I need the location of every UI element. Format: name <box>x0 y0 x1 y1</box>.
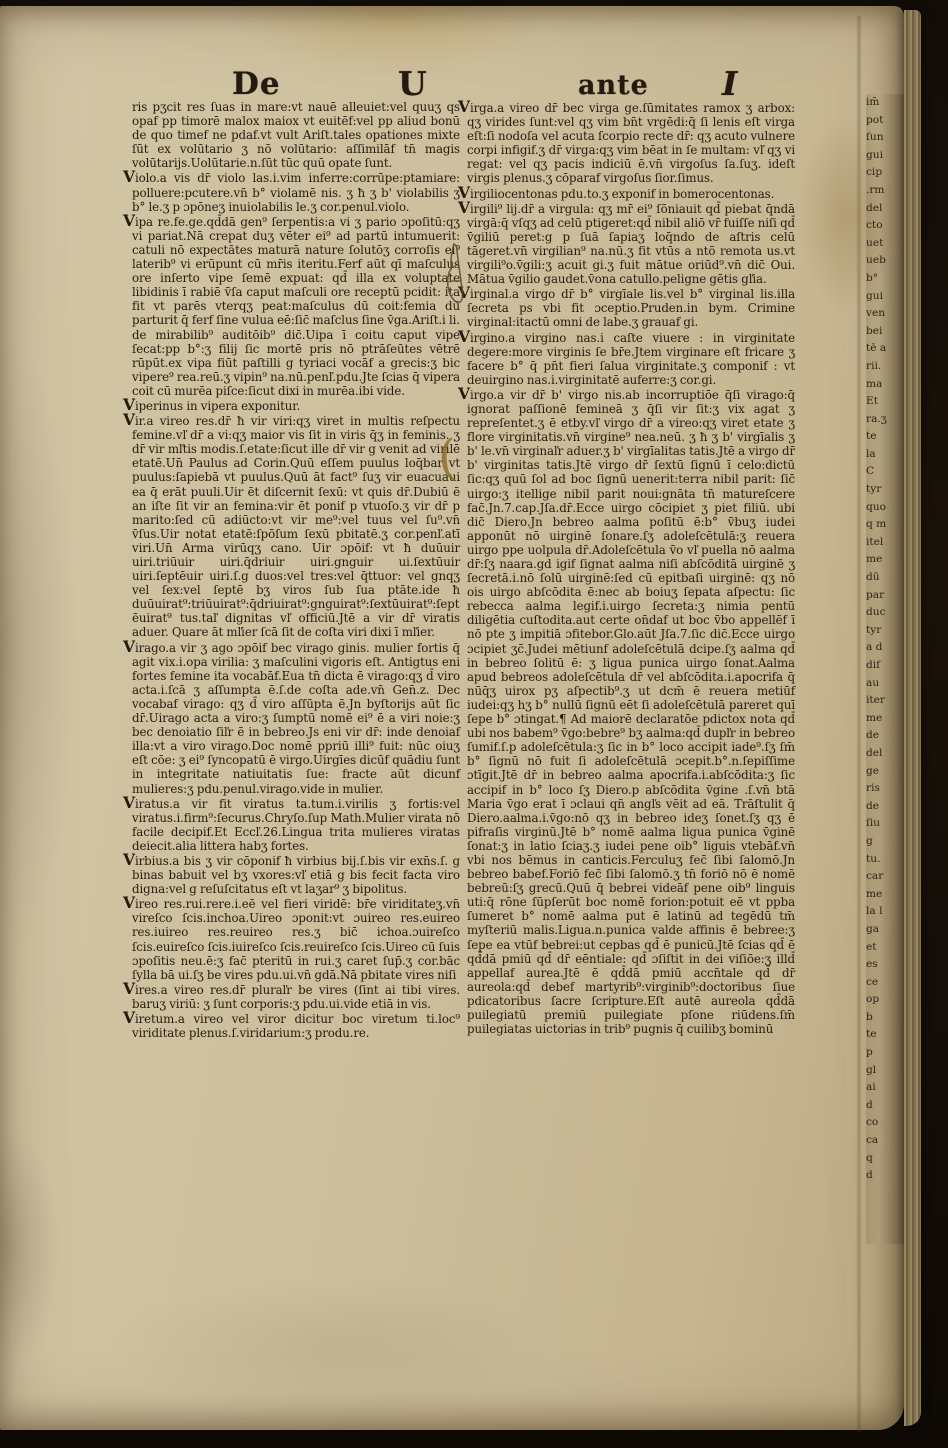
fore-edge-fragment: es <box>866 956 904 974</box>
fore-edge-fragment: itel <box>866 534 904 552</box>
fore-edge-fragment: ueb <box>866 252 904 270</box>
dictionary-entry: Virgili⁹ lij.dr̄ a virgula: qʒ mr̄ ei⁹ ſ… <box>458 201 795 287</box>
fore-edge-fragment: q m <box>866 516 904 534</box>
fore-edge-fragment: ga <box>866 921 904 939</box>
fore-edge-fragment: Et <box>866 393 904 411</box>
fore-edge-fragment: ris <box>866 780 904 798</box>
fore-edge-fragment: et <box>866 939 904 957</box>
fore-edge-fragment: la <box>866 446 904 464</box>
fore-edge-fragment: .rm <box>866 182 904 200</box>
fore-edge-fragment: me <box>866 886 904 904</box>
dictionary-entry: Virga.a vireo dr̄ bec virga ge.ſūmitates… <box>458 100 795 186</box>
fore-edge-fragment: te <box>866 1026 904 1044</box>
running-head-de: De <box>232 66 281 102</box>
dictionary-entry: Virginal.a virgo dr̄ b° virgīale lis.vel… <box>458 286 795 329</box>
fore-edge-fragment: tyr <box>866 481 904 499</box>
fore-edge-fragment: ma <box>866 376 904 394</box>
fore-edge-fragment: de <box>866 798 904 816</box>
dictionary-entry: Virago.a vir ʒ ago ɔpōif bec virago gini… <box>123 640 460 796</box>
dictionary-entry: Vires.a vireo res.dr̄ pluraľr be vires (… <box>123 982 460 1011</box>
running-head-letter-u: U <box>398 64 428 103</box>
fore-edge-fragment: dif <box>866 657 904 675</box>
dictionary-entry: Vireo res.rui.rere.i.eē vel fieri viridē… <box>123 896 460 982</box>
dictionary-entry: Vir.a vireo res.dr̄ ħ vir viri:qʒ viret … <box>123 413 460 640</box>
fore-edge-fragment: d <box>866 1097 904 1115</box>
fore-edge-fragment: duc <box>866 604 904 622</box>
text-column-right: Virga.a vireo dr̄ bec virga ge.ſūmitates… <box>458 100 795 1036</box>
dictionary-entry: Violo.a vis dr̄ violo las.i.vim inferre:… <box>123 170 460 213</box>
fore-edge-fragment: ca <box>866 1132 904 1150</box>
left-entries: Violo.a vis dr̄ violo las.i.vim inferre:… <box>123 170 460 1040</box>
fore-edge-fragment: gui <box>866 288 904 306</box>
fore-edge-fragment: del <box>866 745 904 763</box>
fore-edge-fragment: tē a <box>866 340 904 358</box>
dictionary-entry: Virgino.a virgino nas.i caſte viuere : i… <box>458 330 795 387</box>
fore-edge-fragment: g <box>866 833 904 851</box>
dictionary-entry: Virgo.a vir dr̄ b' virgo nis.ab incorrup… <box>458 387 795 1036</box>
dictionary-entry: Viperinus in vipera exponitur. <box>123 398 460 413</box>
fore-edge-fragment: bei <box>866 323 904 341</box>
fore-edge-fragment: tu. <box>866 851 904 869</box>
fore-edge-fragment: me <box>866 710 904 728</box>
fore-edge-fragment: car <box>866 868 904 886</box>
fore-edge-fragments: im̄potſunguicip.rmdelctouetuebb°guivenbe… <box>866 94 904 1244</box>
fore-edge-fragment: op <box>866 991 904 1009</box>
fore-edge-fragment: pot <box>866 112 904 130</box>
fore-edge-fragment: quo <box>866 499 904 517</box>
fore-edge-fragment: co <box>866 1114 904 1132</box>
page-edges <box>904 10 921 1426</box>
fore-edge-fragment: b° <box>866 270 904 288</box>
fore-edge-fragment: ai <box>866 1079 904 1097</box>
fore-edge-fragment: au <box>866 675 904 693</box>
fore-edge-fragment: a d <box>866 639 904 657</box>
fore-edge-fragment: del <box>866 200 904 218</box>
fore-edge-fragment: iter <box>866 692 904 710</box>
running-head-letter-i: I <box>722 64 738 103</box>
scanned-book-page: De U ante I ris pʒcit res ſuas in mare:v… <box>0 0 948 1448</box>
fore-edge-fragment: q <box>866 1150 904 1168</box>
fore-edge-fragment: ra.ʒ <box>866 411 904 429</box>
running-head-ante: ante <box>578 70 649 101</box>
dictionary-entry: Viratus.a vir fit viratus ta.tum.i.viril… <box>123 796 460 853</box>
page-paper: De U ante I ris pʒcit res ſuas in mare:v… <box>0 6 904 1430</box>
fore-edge-fragment: p <box>866 1044 904 1062</box>
fore-edge-fragment: ſun <box>866 129 904 147</box>
manicule-icon <box>441 242 465 312</box>
dictionary-entry: Vipa re.fe.ge.qd̄dā gen⁹ ſerpentis:a vi … <box>123 214 460 398</box>
fore-edge-fragment: tyr <box>866 622 904 640</box>
right-entries: Virga.a vireo dr̄ bec virga ge.ſūmitates… <box>458 100 795 1036</box>
fore-edge-fragment: C <box>866 463 904 481</box>
fore-edge-fragment: rii. <box>866 358 904 376</box>
text-column-left: ris pʒcit res ſuas in mare:vt nauē alleu… <box>123 100 460 1040</box>
fore-edge-fragment: me <box>866 551 904 569</box>
fore-edge-fragment: b <box>866 1009 904 1027</box>
fore-edge-fragment: cip <box>866 164 904 182</box>
ink-parenthesis-mark: ( <box>436 429 459 486</box>
fore-edge-fragment: cto <box>866 217 904 235</box>
fore-edge-fragment: dū <box>866 569 904 587</box>
fore-edge-fragment: de <box>866 727 904 745</box>
fore-edge-fragment: im̄ <box>866 94 904 112</box>
fore-edge-fragment: par <box>866 587 904 605</box>
fore-edge-fragment: gl <box>866 1062 904 1080</box>
fore-edge-fragment: d <box>866 1167 904 1185</box>
dictionary-entry: Virbius.a bis ʒ vir cōponif ħ virbius bi… <box>123 853 460 896</box>
fore-edge-fragment: ge <box>866 763 904 781</box>
fore-edge-fragment: ſiu <box>866 815 904 833</box>
fore-edge-fragment: te <box>866 428 904 446</box>
fore-edge-fragment: uet <box>866 235 904 253</box>
fore-edge-fragment: ven <box>866 305 904 323</box>
fore-edge-fragment: gui <box>866 147 904 165</box>
continuation-paragraph: ris pʒcit res ſuas in mare:vt nauē alleu… <box>123 100 460 170</box>
dictionary-entry: Virgiliocentonas pdu.to.ʒ exponif in bom… <box>458 186 795 201</box>
fore-edge-fragment: la l <box>866 903 904 921</box>
fore-edge-fragment: ce <box>866 974 904 992</box>
dictionary-entry: Viretum.a vireo vel viror dicitur boc vi… <box>123 1011 460 1040</box>
page-crease <box>856 16 862 1432</box>
